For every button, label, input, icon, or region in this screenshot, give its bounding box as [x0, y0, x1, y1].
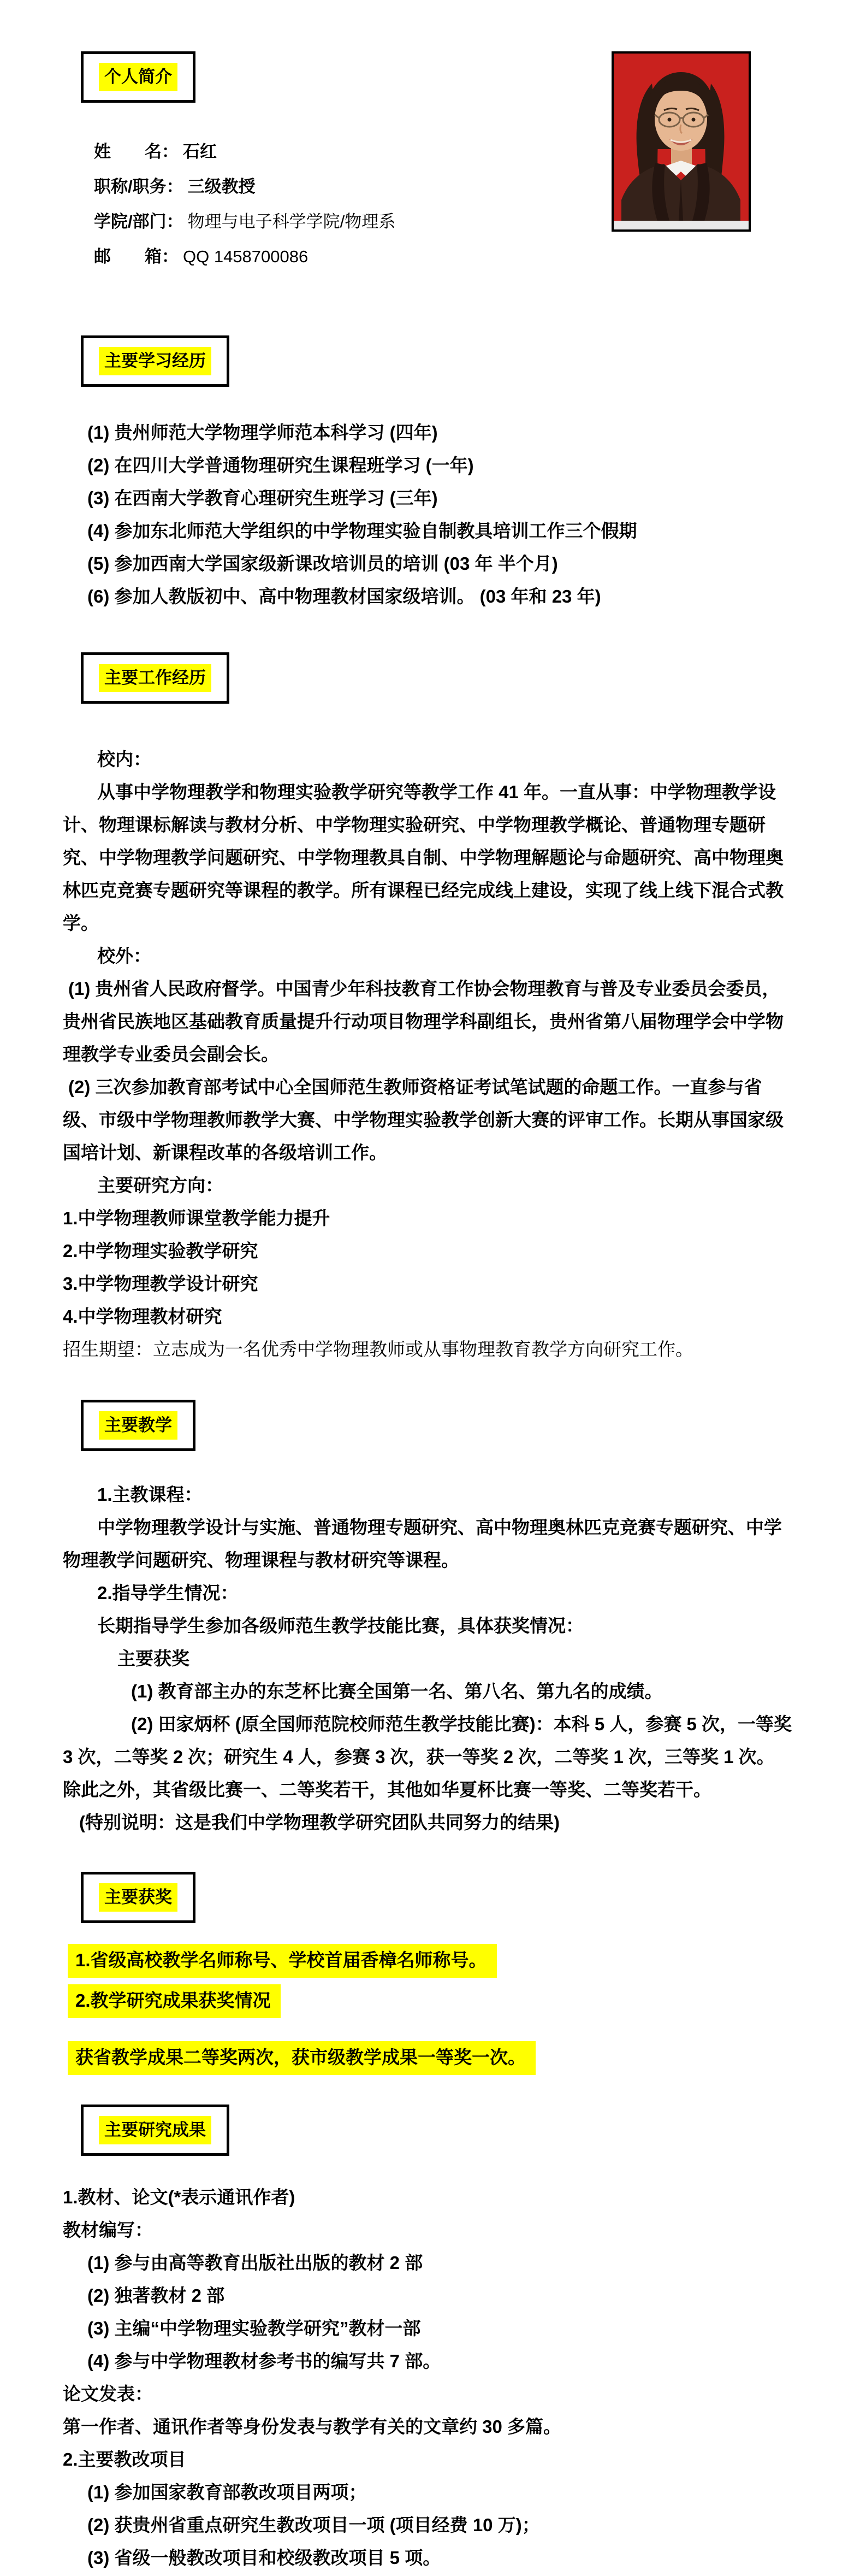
text-line-content: 第一作者、通讯作者等身份发表与教学有关的文章约 30 多篇。: [63, 2416, 561, 2437]
text-line: 教材编写：: [63, 2214, 797, 2247]
text-line: (1) 参加国家教育部教改项目两项；: [87, 2476, 797, 2509]
text-line-content: (4) 参加东北师范大学组织的中学物理实验自制教具培训工作三个假期: [87, 521, 637, 541]
text-line-content: (2) 独著教材 2 部: [87, 2285, 224, 2306]
text-line-content: 教材编写：: [63, 2220, 153, 2240]
field-label: 学院/部门：: [94, 212, 183, 231]
text-line-content: 主要获奖: [117, 1648, 189, 1669]
text-line-content: 1.中学物理教师课堂教学能力提升: [63, 1208, 330, 1228]
section-header-profile: 个人简介: [81, 51, 195, 103]
text-line: 除此之外，其省级比赛一、二等奖若干，其他如华夏杯比赛一等奖、二等奖若干。: [63, 1773, 797, 1806]
section-header-label: 主要学习经历: [99, 347, 211, 375]
text-line-content: (2) 在四川大学普通物理研究生课程班学习 (一年): [87, 455, 474, 475]
text-line-content: (1) 参与由高等教育出版社出版的教材 2 部: [87, 2253, 423, 2273]
text-line-content: 长期指导学生参加各级师范生教学技能比赛，具体获奖情况：: [97, 1616, 584, 1636]
text-line-content: 2.指导学生情况：: [97, 1583, 239, 1603]
text-line: 主要获奖: [117, 1642, 797, 1675]
text-line: 1.教材、论文(*表示通讯作者): [63, 2181, 797, 2214]
section-work: 主要工作经历 校内：从事中学物理教学和物理实验教学研究等教学工作 41 年。一直…: [0, 652, 866, 1366]
text-line: 校内：: [63, 743, 797, 776]
text-line-content: 中学物理教学设计与实施、普通物理专题研究、高中物理奥林匹克竞赛专题研究、中学物理…: [63, 1517, 782, 1570]
text-line-content: (2) 田家炳杯 (原全国师范院校师范生教学技能比赛)：本科 5 人，参赛 5 …: [63, 1714, 792, 1767]
text-line-content: 招生期望：立志成为一名优秀中学物理教师或从事物理教育教学方向研究工作。: [63, 1339, 693, 1359]
text-line: 从事中学物理教学和物理实验教学研究等教学工作 41 年。一直从事：中学物理教学设…: [63, 776, 797, 940]
text-line-content: (1) 参加国家教育部教改项目两项；: [87, 2482, 367, 2502]
text-line: 3.中学物理教学设计研究: [63, 1268, 797, 1300]
text-line-content: 4.中学物理教材研究: [63, 1306, 222, 1327]
text-line: (2) 田家炳杯 (原全国师范院校师范生教学技能比赛)：本科 5 人，参赛 5 …: [63, 1708, 797, 1773]
field-label: 姓 名：: [94, 142, 179, 161]
text-line-content: (6) 参加人教版初中、高中物理教材国家级培训。 (03 年和 23 年): [87, 586, 601, 606]
text-line: 主要研究方向：: [63, 1169, 797, 1202]
text-line-content: 2.中学物理实验教学研究: [63, 1241, 258, 1261]
text-line-content: (1) 贵州师范大学物理学师范本科学习 (四年): [87, 422, 438, 443]
text-line-content: (5) 参加西南大学国家级新课改培训员的培训 (03 年 半个月): [87, 553, 558, 574]
section-header-awards: 主要获奖: [81, 1872, 195, 1923]
text-line: 2.指导学生情况：: [63, 1577, 797, 1610]
text-line-content: (1) 贵州省人民政府督学。中国青少年科技教育工作协会物理教育与普及专业委员会委…: [63, 978, 784, 1064]
section-header-label: 主要工作经历: [99, 664, 211, 692]
section-header-teaching: 主要教学: [81, 1400, 195, 1451]
text-line: 1.主教课程：: [63, 1478, 797, 1511]
text-line-content: 从事中学物理教学和物理实验教学研究等教学工作 41 年。一直从事：中学物理教学设…: [63, 782, 784, 933]
profile-body: 姓 名：石红职称/职务：三级教授学院/部门：物理与电子科学学院/物理系邮 箱：Q…: [0, 134, 866, 320]
text-line-content: 2.主要教改项目: [63, 2449, 186, 2469]
section-teaching: 主要教学 1.主教课程：中学物理教学设计与实施、普通物理专题研究、高中物理奥林匹…: [0, 1400, 866, 1839]
section-research: 主要研究成果 1.教材、论文(*表示通讯作者)教材编写：(1) 参与由高等教育出…: [0, 2105, 866, 2574]
text-line-content: 主要研究方向：: [97, 1175, 223, 1195]
text-line-content: (3) 主编“中学物理实验教学研究”教材一部: [87, 2318, 421, 2338]
text-line: 1.省级高校教学名师称号、学校首届香樟名师称号。: [68, 1944, 797, 1978]
section-header-label: 个人简介: [99, 63, 177, 91]
text-line: (2) 获贵州省重点研究生教改项目一项 (项目经费 10 万)；: [87, 2509, 797, 2542]
field-value: QQ 1458700086: [183, 247, 308, 266]
portrait-photo-graphic: [614, 54, 749, 229]
text-line-content: 除此之外，其省级比赛一、二等奖若干，其他如华夏杯比赛一等奖、二等奖若干。: [63, 1779, 711, 1800]
text-line-content: 论文发表：: [63, 2384, 153, 2404]
learning-lines: (1) 贵州师范大学物理学师范本科学习 (四年)(2) 在四川大学普通物理研究生…: [0, 416, 866, 613]
text-line-content: (3) 省级一般教改项目和校级教改项目 5 项。: [87, 2548, 441, 2568]
text-line: 论文发表：: [63, 2378, 797, 2410]
text-line-content: 校内：: [97, 749, 151, 769]
work-lines: 校内：从事中学物理教学和物理实验教学研究等教学工作 41 年。一直从事：中学物理…: [0, 743, 866, 1366]
id-photo: [612, 51, 751, 232]
section-header-label: 主要研究成果: [99, 2116, 211, 2144]
teaching-lines: 1.主教课程：中学物理教学设计与实施、普通物理专题研究、高中物理奥林匹克竞赛专题…: [0, 1478, 866, 1839]
text-line-content: (3) 在西南大学教育心理研究生班学习 (三年): [87, 488, 438, 508]
text-line: 中学物理教学设计与实施、普通物理专题研究、高中物理奥林匹克竞赛专题研究、中学物理…: [63, 1511, 797, 1577]
text-line: (2) 在四川大学普通物理研究生课程班学习 (一年): [87, 449, 797, 482]
section-awards: 主要获奖 1.省级高校教学名师称号、学校首届香樟名师称号。2.教学研究成果获奖情…: [0, 1872, 866, 2075]
section-learning: 主要学习经历 (1) 贵州师范大学物理学师范本科学习 (四年)(2) 在四川大学…: [0, 335, 866, 613]
text-line-content: (2) 三次参加教育部考试中心全国师范生教师资格证考试笔试题的命题工作。一直参与…: [63, 1077, 784, 1163]
field-label: 职称/职务：: [94, 177, 183, 196]
text-line: 长期指导学生参加各级师范生教学技能比赛，具体获奖情况：: [63, 1610, 797, 1642]
text-line: 4.中学物理教材研究: [63, 1300, 797, 1333]
section-profile: 个人简介 姓 名：石红职称/职务：三级教授学院/部门：物理与电子科学学院/物理系…: [0, 0, 866, 320]
field-value: 石红: [183, 142, 217, 161]
text-line: (1) 贵州师范大学物理学师范本科学习 (四年): [87, 416, 797, 449]
faculty-profile-page: 个人简介 姓 名：石红职称/职务：三级教授学院/部门：物理与电子科学学院/物理系…: [0, 0, 866, 2576]
text-line-content: (4) 参与中学物理教材参考书的编写共 7 部。: [87, 2351, 441, 2371]
text-line: (6) 参加人教版初中、高中物理教材国家级培训。 (03 年和 23 年): [87, 580, 797, 613]
text-line: (2) 独著教材 2 部: [87, 2279, 797, 2312]
text-line-content: 2.教学研究成果获奖情况: [68, 1984, 281, 2018]
text-line: 招生期望：立志成为一名优秀中学物理教师或从事物理教育教学方向研究工作。: [63, 1333, 797, 1366]
text-line: 2.中学物理实验教学研究: [63, 1235, 797, 1268]
field-value: 物理与电子科学学院/物理系: [188, 212, 396, 231]
research-lines: 1.教材、论文(*表示通讯作者)教材编写：(1) 参与由高等教育出版社出版的教材…: [0, 2181, 866, 2574]
section-header-work: 主要工作经历: [81, 652, 229, 704]
section-header-label: 主要获奖: [99, 1883, 177, 1912]
text-line: (1) 参与由高等教育出版社出版的教材 2 部: [87, 2247, 797, 2279]
text-line-content: 校外：: [97, 946, 151, 966]
text-line-content: 获省教学成果二等奖两次，获市级教学成果一等奖一次。: [68, 2041, 536, 2075]
section-header-research: 主要研究成果: [81, 2105, 229, 2156]
text-line-content: 1.省级高校教学名师称号、学校首届香樟名师称号。: [68, 1944, 497, 1978]
text-line: (1) 教育部主办的东芝杯比赛全国第一名、第八名、第九名的成绩。: [63, 1675, 797, 1708]
text-line: (3) 省级一般教改项目和校级教改项目 5 项。: [87, 2542, 797, 2574]
text-line-content: 1.主教课程：: [97, 1484, 203, 1505]
profile-field: 邮 箱：QQ 1458700086: [94, 239, 866, 274]
text-line: 2.主要教改项目: [63, 2443, 797, 2476]
text-line: (1) 贵州省人民政府督学。中国青少年科技教育工作协会物理教育与普及专业委员会委…: [63, 972, 797, 1071]
text-line-content: (1) 教育部主办的东芝杯比赛全国第一名、第八名、第九名的成绩。: [131, 1681, 663, 1701]
text-line: 获省教学成果二等奖两次，获市级教学成果一等奖一次。: [68, 2041, 797, 2075]
field-label: 邮 箱：: [94, 247, 179, 266]
text-line: (3) 主编“中学物理实验教学研究”教材一部: [87, 2312, 797, 2345]
text-line: 校外：: [63, 940, 797, 972]
field-value: 三级教授: [188, 177, 256, 196]
text-line: (5) 参加西南大学国家级新课改培训员的培训 (03 年 半个月): [87, 547, 797, 580]
text-line: 1.中学物理教师课堂教学能力提升: [63, 1202, 797, 1235]
text-line: 第一作者、通讯作者等身份发表与教学有关的文章约 30 多篇。: [63, 2410, 797, 2443]
text-line-content: (特别说明：这是我们中学物理教学研究团队共同努力的结果): [79, 1812, 560, 1832]
text-line-content: 3.中学物理教学设计研究: [63, 1274, 258, 1294]
section-header-learning: 主要学习经历: [81, 335, 229, 387]
text-line: (特别说明：这是我们中学物理教学研究团队共同努力的结果): [63, 1806, 797, 1839]
text-line: (4) 参加东北师范大学组织的中学物理实验自制教具培训工作三个假期: [87, 515, 797, 547]
text-line: 2.教学研究成果获奖情况: [68, 1984, 797, 2018]
awards-lines: 1.省级高校教学名师称号、学校首届香樟名师称号。2.教学研究成果获奖情况获省教学…: [0, 1944, 866, 2075]
text-line-content: (2) 获贵州省重点研究生教改项目一项 (项目经费 10 万)；: [87, 2515, 540, 2535]
section-header-label: 主要教学: [99, 1411, 177, 1440]
text-line-content: 1.教材、论文(*表示通讯作者): [63, 2187, 295, 2207]
text-line: (2) 三次参加教育部考试中心全国师范生教师资格证考试笔试题的命题工作。一直参与…: [63, 1071, 797, 1169]
text-line: (3) 在西南大学教育心理研究生班学习 (三年): [87, 482, 797, 515]
text-line: (4) 参与中学物理教材参考书的编写共 7 部。: [87, 2345, 797, 2378]
